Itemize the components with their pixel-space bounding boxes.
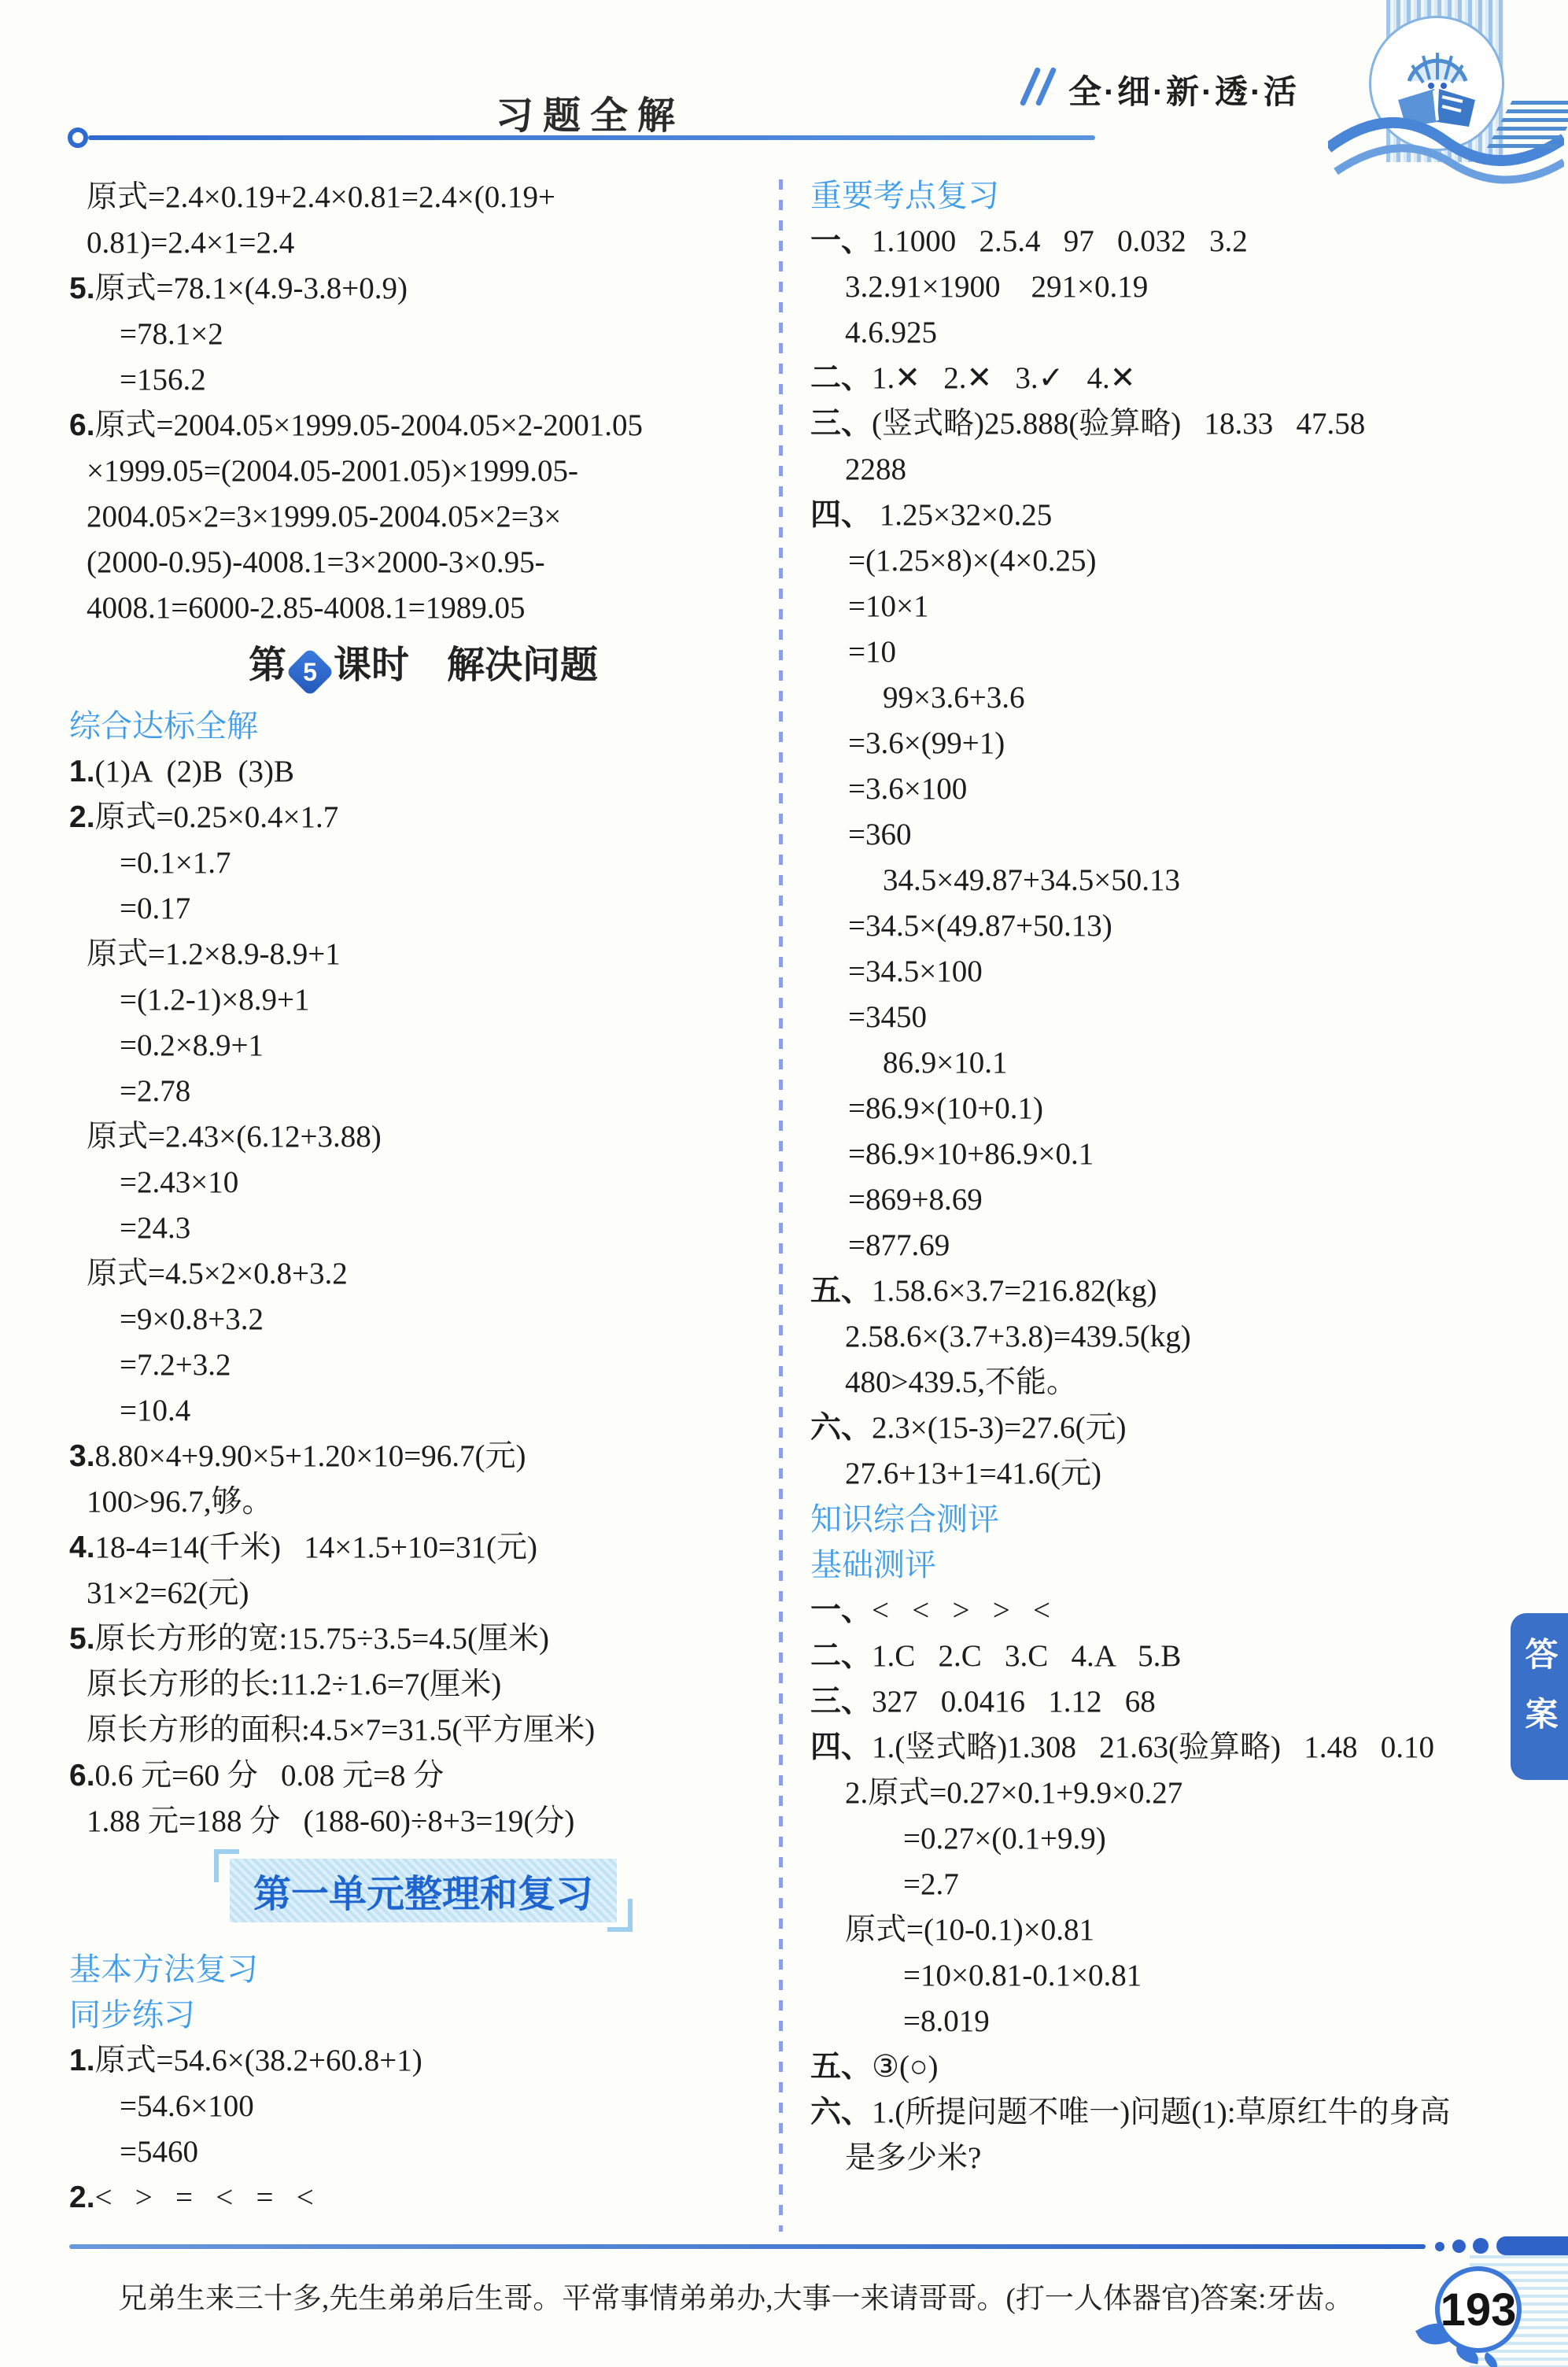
line-text: =3.6×(99+1) bbox=[848, 726, 1005, 760]
ring-icon bbox=[68, 127, 88, 148]
dot-icon bbox=[1473, 2238, 1489, 2254]
page-title: 习题全解 bbox=[0, 85, 1180, 139]
line-text: =10×0.81-0.1×0.81 bbox=[903, 1959, 1142, 1992]
text-line: 六、1.(所提问题不唯一)问题(1):草原红牛的身高 bbox=[810, 2090, 1554, 2136]
line-text: 知识综合测评 bbox=[810, 1502, 999, 1537]
lesson-prefix: 第 bbox=[249, 644, 286, 686]
line-text: 1.88 元=188 分 (188-60)÷8+3=19(分) bbox=[87, 1804, 574, 1838]
text-line: 是多少米? bbox=[810, 2136, 1554, 2181]
line-text: =24.3 bbox=[120, 1211, 190, 1245]
line-number: 五、 bbox=[810, 1274, 872, 1308]
text-line: =10×1 bbox=[810, 584, 1554, 630]
line-text: 27.6+13+1=41.6(元) bbox=[845, 1457, 1101, 1490]
text-line: 2288 bbox=[810, 447, 1554, 493]
line-text: 0.6 元=60 分 0.08 元=8 分 bbox=[95, 1759, 445, 1793]
text-line: 原长方形的长:11.2÷1.6=7(厘米) bbox=[69, 1662, 777, 1708]
text-line: =34.5×(49.87+50.13) bbox=[810, 903, 1554, 949]
text-line: =86.9×10+86.9×0.1 bbox=[810, 1132, 1554, 1177]
text-line: 1.88 元=188 分 (188-60)÷8+3=19(分) bbox=[69, 1799, 777, 1844]
text-line: (2000-0.95)-4008.1=3×2000-3×0.95- bbox=[69, 540, 777, 585]
line-number: 四、 bbox=[810, 1730, 872, 1764]
text-line: 原式=2.43×(6.12+3.88) bbox=[69, 1114, 777, 1160]
text-line: 2.58.6×(3.7+3.8)=439.5(kg) bbox=[810, 1314, 1554, 1360]
line-text: 原式=2.4×0.19+2.4×0.81=2.4×(0.19+ bbox=[87, 180, 555, 214]
line-number: 1. bbox=[69, 2044, 95, 2077]
answer-tab: 答案 bbox=[1511, 1613, 1568, 1780]
line-text: 86.9×10.1 bbox=[883, 1046, 1008, 1080]
line-text: =0.17 bbox=[120, 892, 190, 925]
workbook-page: 习题全解 全·细·新·透·活 原式=2.4×0.19+2.4×0.81=2.4×… bbox=[0, 0, 1568, 2367]
header-rule bbox=[88, 135, 1095, 140]
line-text: 基础测评 bbox=[810, 1548, 936, 1582]
line-text: 99×3.6+3.6 bbox=[883, 681, 1025, 715]
lesson-number: 5 bbox=[293, 655, 327, 689]
column-divider bbox=[779, 179, 783, 2232]
line-text: 重要考点复习 bbox=[810, 179, 999, 213]
line-text: 原长方形的长:11.2÷1.6=7(厘米) bbox=[87, 1667, 501, 1701]
line-number: 1. bbox=[69, 755, 95, 788]
line-text: =5460 bbox=[120, 2135, 198, 2169]
line-text: =10.4 bbox=[120, 1394, 190, 1427]
line-text: =54.6×100 bbox=[120, 2089, 254, 2123]
text-line: =10 bbox=[810, 630, 1554, 675]
text-line: =34.5×100 bbox=[810, 949, 1554, 995]
line-text: =(1.2-1)×8.9+1 bbox=[120, 983, 309, 1017]
line-number: 2. bbox=[69, 800, 95, 834]
text-line: 原式=(10-0.1)×0.81 bbox=[810, 1907, 1554, 1953]
text-line: =86.9×(10+0.1) bbox=[810, 1086, 1554, 1132]
line-number: 4. bbox=[69, 1531, 95, 1564]
line-text: 1.1000 2.5.4 97 0.032 3.2 bbox=[872, 224, 1248, 258]
line-text: =0.27×(0.1+9.9) bbox=[903, 1822, 1106, 1856]
footer-bar bbox=[1496, 2236, 1568, 2255]
line-number: 5. bbox=[69, 1622, 95, 1656]
line-text: =3.6×100 bbox=[848, 772, 967, 806]
text-line: =3.6×100 bbox=[810, 766, 1554, 812]
line-text: 100>96.7,够。 bbox=[87, 1485, 273, 1519]
line-text: 4.6.925 bbox=[845, 316, 937, 349]
line-text: =2.43×10 bbox=[120, 1165, 238, 1199]
line-text: 8.80×4+9.90×5+1.20×10=96.7(元) bbox=[95, 1439, 526, 1473]
text-line: 五、③(○) bbox=[810, 2044, 1554, 2090]
line-text: =9×0.8+3.2 bbox=[120, 1302, 264, 1336]
text-line: 重要考点复习 bbox=[810, 173, 1554, 219]
line-text: 原长方形的面积:4.5×7=31.5(平方厘米) bbox=[87, 1713, 595, 1747]
text-line: 二、1.C 2.C 3.C 4.A 5.B bbox=[810, 1634, 1554, 1679]
line-text: =877.69 bbox=[848, 1228, 950, 1262]
text-line: =54.6×100 bbox=[69, 2084, 777, 2129]
lesson-suffix: 课时 bbox=[334, 644, 409, 686]
text-line: ×1999.05=(2004.05-2001.05)×1999.05- bbox=[69, 449, 777, 494]
line-text: (竖式略)25.888(验算略) 18.33 47.58 bbox=[872, 407, 1365, 441]
text-line: 3.2.91×1900 291×0.19 bbox=[810, 264, 1554, 310]
line-number: 二、 bbox=[810, 361, 872, 395]
line-text: =86.9×10+86.9×0.1 bbox=[848, 1137, 1094, 1171]
text-line: 二、1.✕ 2.✕ 3.✓ 4.✕ bbox=[810, 356, 1554, 401]
line-text: =34.5×100 bbox=[848, 955, 983, 988]
line-text: < < > > < bbox=[872, 1593, 1050, 1627]
line-text: 2.原式=0.27×0.1+9.9×0.27 bbox=[845, 1776, 1182, 1810]
text-line: =10×0.81-0.1×0.81 bbox=[810, 1953, 1554, 1999]
text-line: 31×2=62(元) bbox=[69, 1571, 777, 1616]
line-text: 1.25×32×0.25 bbox=[872, 498, 1052, 532]
line-text: 1.C 2.C 3.C 4.A 5.B bbox=[872, 1639, 1181, 1673]
text-line: 34.5×49.87+34.5×50.13 bbox=[810, 858, 1554, 903]
line-text: 2.3×(15-3)=27.6(元) bbox=[872, 1411, 1126, 1445]
text-line: =360 bbox=[810, 812, 1554, 858]
line-text: =3450 bbox=[848, 1000, 927, 1034]
text-line: =(1.2-1)×8.9+1 bbox=[69, 977, 777, 1023]
line-text: =156.2 bbox=[120, 363, 206, 397]
line-text: =86.9×(10+0.1) bbox=[848, 1091, 1043, 1125]
right-lines: 重要考点复习一、1.1000 2.5.4 97 0.032 3.23.2.91×… bbox=[810, 173, 1554, 2181]
text-line: 4008.1=6000-2.85-4008.1=1989.05 bbox=[69, 585, 777, 631]
line-text: 18-4=14(千米) 14×1.5+10=31(元) bbox=[95, 1531, 537, 1564]
text-line: 100>96.7,够。 bbox=[69, 1479, 777, 1525]
line-text: 原式=0.25×0.4×1.7 bbox=[95, 800, 339, 834]
text-line: 5.原长方形的宽:15.75÷3.5=4.5(厘米) bbox=[69, 1616, 777, 1662]
text-line: 综合达标全解 bbox=[69, 703, 777, 749]
text-line: 原式=4.5×2×0.8+3.2 bbox=[69, 1251, 777, 1297]
text-line: 86.9×10.1 bbox=[810, 1040, 1554, 1086]
line-text: ③(○) bbox=[872, 2050, 939, 2084]
text-line: =877.69 bbox=[810, 1223, 1554, 1268]
line-text: 原式=78.1×(4.9-3.8+0.9) bbox=[95, 271, 408, 305]
line-text: 31×2=62(元) bbox=[87, 1576, 249, 1610]
line-number: 四、 bbox=[810, 498, 872, 532]
line-text: 原式=4.5×2×0.8+3.2 bbox=[87, 1257, 348, 1291]
text-line: 基本方法复习 bbox=[69, 1947, 777, 1992]
unit-header-box: 第一单元整理和复习 bbox=[230, 1859, 617, 1922]
text-line: =24.3 bbox=[69, 1206, 777, 1251]
line-text: 是多少米? bbox=[845, 2141, 981, 2175]
line-number: 六、 bbox=[810, 1411, 872, 1445]
text-line: =869+8.69 bbox=[810, 1177, 1554, 1223]
text-line: 3.8.80×4+9.90×5+1.20×10=96.7(元) bbox=[69, 1434, 777, 1479]
line-text: =7.2+3.2 bbox=[120, 1348, 231, 1382]
text-line: 6.原式=2004.05×1999.05-2004.05×2-2001.05 bbox=[69, 403, 777, 449]
text-line: =3.6×(99+1) bbox=[810, 721, 1554, 766]
dot-icon bbox=[1435, 2242, 1444, 2251]
line-text: 2288 bbox=[845, 452, 906, 486]
line-text: =0.2×8.9+1 bbox=[120, 1028, 264, 1062]
text-line: =0.1×1.7 bbox=[69, 840, 777, 886]
text-line: =0.27×(0.1+9.9) bbox=[810, 1816, 1554, 1862]
text-line: 6.0.6 元=60 分 0.08 元=8 分 bbox=[69, 1753, 777, 1799]
line-text: 原式=54.6×(38.2+60.8+1) bbox=[95, 2044, 422, 2077]
text-line: 27.6+13+1=41.6(元) bbox=[810, 1451, 1554, 1497]
line-number: 一、 bbox=[810, 1593, 872, 1627]
text-line: 一、1.1000 2.5.4 97 0.032 3.2 bbox=[810, 219, 1554, 264]
line-text: 1.(所提问题不唯一)问题(1):草原红牛的身高 bbox=[872, 2096, 1451, 2129]
line-text: =8.019 bbox=[903, 2004, 990, 2038]
text-line: =2.78 bbox=[69, 1069, 777, 1114]
text-line: 三、(竖式略)25.888(验算略) 18.33 47.58 bbox=[810, 401, 1554, 447]
line-text: (2000-0.95)-4008.1=3×2000-3×0.95- bbox=[87, 545, 545, 579]
line-text: =10 bbox=[848, 635, 896, 669]
brand-slogan: 全·细·新·透·活 bbox=[1068, 66, 1299, 113]
text-line: 4.18-4=14(千米) 14×1.5+10=31(元) bbox=[69, 1525, 777, 1571]
line-text: 3.2.91×1900 291×0.19 bbox=[845, 270, 1148, 304]
line-text: < > = < = < bbox=[95, 2181, 314, 2214]
text-line: =7.2+3.2 bbox=[69, 1342, 777, 1388]
text-line: =2.43×10 bbox=[69, 1160, 777, 1206]
line-text: =2.7 bbox=[903, 1867, 959, 1901]
line-text: (1)A (2)B (3)B bbox=[95, 755, 294, 788]
text-line: 2.原式=0.27×0.1+9.9×0.27 bbox=[810, 1771, 1554, 1816]
line-text: ×1999.05=(2004.05-2001.05)×1999.05- bbox=[87, 454, 578, 488]
left-block-2: 综合达标全解1.(1)A (2)B (3)B2.原式=0.25×0.4×1.7=… bbox=[69, 703, 777, 1844]
text-line: 4.6.925 bbox=[810, 310, 1554, 356]
text-line: 5.原式=78.1×(4.9-3.8+0.9) bbox=[69, 266, 777, 312]
text-line: =78.1×2 bbox=[69, 312, 777, 357]
line-text: 原式=2.43×(6.12+3.88) bbox=[87, 1120, 382, 1154]
text-line: 0.81)=2.4×1=2.4 bbox=[69, 220, 777, 266]
line-text: 327 0.0416 1.12 68 bbox=[872, 1685, 1156, 1719]
text-line: 一、< < > > < bbox=[810, 1588, 1554, 1634]
line-text: 1.(竖式略)1.308 21.63(验算略) 1.48 0.10 bbox=[872, 1730, 1434, 1764]
line-text: 原式=2004.05×1999.05-2004.05×2-2001.05 bbox=[95, 408, 643, 442]
line-text: 综合达标全解 bbox=[69, 709, 258, 744]
right-column: 重要考点复习一、1.1000 2.5.4 97 0.032 3.23.2.91×… bbox=[810, 173, 1554, 2181]
line-text: 4008.1=6000-2.85-4008.1=1989.05 bbox=[87, 591, 525, 625]
text-line: 2004.05×2=3×1999.05-2004.05×2=3× bbox=[69, 494, 777, 540]
text-line: =156.2 bbox=[69, 357, 777, 403]
text-line: 四、 1.25×32×0.25 bbox=[810, 493, 1554, 538]
line-number: 2. bbox=[69, 2181, 95, 2214]
line-text: 原长方形的宽:15.75÷3.5=4.5(厘米) bbox=[95, 1622, 549, 1656]
text-line: =3450 bbox=[810, 995, 1554, 1040]
text-line: 同步练习 bbox=[69, 1992, 777, 2038]
left-block-1: 原式=2.4×0.19+2.4×0.81=2.4×(0.19+0.81)=2.4… bbox=[69, 175, 777, 631]
line-text: =2.78 bbox=[120, 1074, 190, 1108]
line-text: =(1.25×8)×(4×0.25) bbox=[848, 544, 1096, 578]
text-line: 知识综合测评 bbox=[810, 1497, 1554, 1542]
text-line: 原长方形的面积:4.5×7=31.5(平方厘米) bbox=[69, 1708, 777, 1753]
line-number: 六、 bbox=[810, 2096, 872, 2129]
lesson-header: 第5课时解决问题 bbox=[69, 637, 777, 694]
text-line: 五、1.58.6×3.7=216.82(kg) bbox=[810, 1268, 1554, 1314]
line-text: =0.1×1.7 bbox=[120, 846, 231, 880]
line-number: 五、 bbox=[810, 2050, 872, 2084]
line-text: 0.81)=2.4×1=2.4 bbox=[87, 226, 294, 260]
line-text: 原式=1.2×8.9-8.9+1 bbox=[87, 937, 341, 971]
left-block-3: 基本方法复习同步练习1.原式=54.6×(38.2+60.8+1)=54.6×1… bbox=[69, 1947, 777, 2221]
line-number: 6. bbox=[69, 408, 95, 442]
line-number: 三、 bbox=[810, 407, 872, 441]
text-line: 99×3.6+3.6 bbox=[810, 675, 1554, 721]
line-number: 二、 bbox=[810, 1639, 872, 1673]
page-number-circle: 193 bbox=[1435, 2266, 1522, 2353]
line-text: 同步练习 bbox=[69, 1998, 195, 2033]
text-line: 三、327 0.0416 1.12 68 bbox=[810, 1679, 1554, 1725]
line-text: 1.✕ 2.✕ 3.✓ 4.✕ bbox=[872, 361, 1135, 395]
lesson-number-diamond-icon: 5 bbox=[286, 648, 334, 696]
line-number: 一、 bbox=[810, 224, 872, 258]
footer-rule bbox=[69, 2244, 1426, 2249]
line-text: 2.58.6×(3.7+3.8)=439.5(kg) bbox=[845, 1320, 1191, 1353]
text-line: 基础测评 bbox=[810, 1542, 1554, 1588]
line-text: 原式=(10-0.1)×0.81 bbox=[845, 1913, 1094, 1947]
answer-tab-label: 答案 bbox=[1516, 1637, 1563, 1756]
line-number: 三、 bbox=[810, 1685, 872, 1719]
line-text: 2004.05×2=3×1999.05-2004.05×2=3× bbox=[87, 500, 561, 534]
text-line: 原式=2.4×0.19+2.4×0.81=2.4×(0.19+ bbox=[69, 175, 777, 220]
line-number: 3. bbox=[69, 1439, 95, 1473]
text-line: 2.原式=0.25×0.4×1.7 bbox=[69, 795, 777, 840]
lesson-topic: 解决问题 bbox=[447, 644, 598, 686]
text-line: 六、2.3×(15-3)=27.6(元) bbox=[810, 1405, 1554, 1451]
line-text: 1.58.6×3.7=216.82(kg) bbox=[872, 1274, 1157, 1308]
left-column: 原式=2.4×0.19+2.4×0.81=2.4×(0.19+0.81)=2.4… bbox=[69, 175, 777, 2221]
line-text: =360 bbox=[848, 818, 912, 851]
line-text: 基本方法复习 bbox=[69, 1952, 258, 1987]
dot-icon bbox=[1452, 2240, 1466, 2253]
line-text: 480>439.5,不能。 bbox=[845, 1365, 1077, 1399]
line-number: 5. bbox=[69, 271, 95, 305]
text-line: =0.2×8.9+1 bbox=[69, 1023, 777, 1069]
text-line: =0.17 bbox=[69, 886, 777, 932]
text-line: 480>439.5,不能。 bbox=[810, 1360, 1554, 1405]
text-line: =5460 bbox=[69, 2129, 777, 2175]
text-line: =9×0.8+3.2 bbox=[69, 1297, 777, 1342]
page-number: 193 bbox=[1441, 2284, 1517, 2336]
text-line: =10.4 bbox=[69, 1388, 777, 1434]
line-text: =10×1 bbox=[848, 589, 929, 623]
line-text: 34.5×49.87+34.5×50.13 bbox=[883, 863, 1180, 897]
unit-header-wrap: 第一单元整理和复习 bbox=[69, 1859, 777, 1937]
text-line: 2.< > = < = < bbox=[69, 2175, 777, 2221]
line-text: =34.5×(49.87+50.13) bbox=[848, 909, 1112, 943]
text-line: 原式=1.2×8.9-8.9+1 bbox=[69, 932, 777, 977]
line-number: 6. bbox=[69, 1759, 95, 1793]
text-line: =2.7 bbox=[810, 1862, 1554, 1907]
text-line: 1.(1)A (2)B (3)B bbox=[69, 749, 777, 795]
text-line: 四、1.(竖式略)1.308 21.63(验算略) 1.48 0.10 bbox=[810, 1725, 1554, 1771]
line-text: =869+8.69 bbox=[848, 1183, 983, 1217]
text-line: =8.019 bbox=[810, 1999, 1554, 2044]
line-text: =78.1×2 bbox=[120, 317, 223, 351]
text-line: =(1.25×8)×(4×0.25) bbox=[810, 538, 1554, 584]
footer-riddle: 兄弟生来三十多,先生弟弟后生哥。平常事情弟弟办,大事一来请哥哥。(打一人体器官)… bbox=[118, 2279, 1353, 2320]
text-line: 1.原式=54.6×(38.2+60.8+1) bbox=[69, 2038, 777, 2084]
